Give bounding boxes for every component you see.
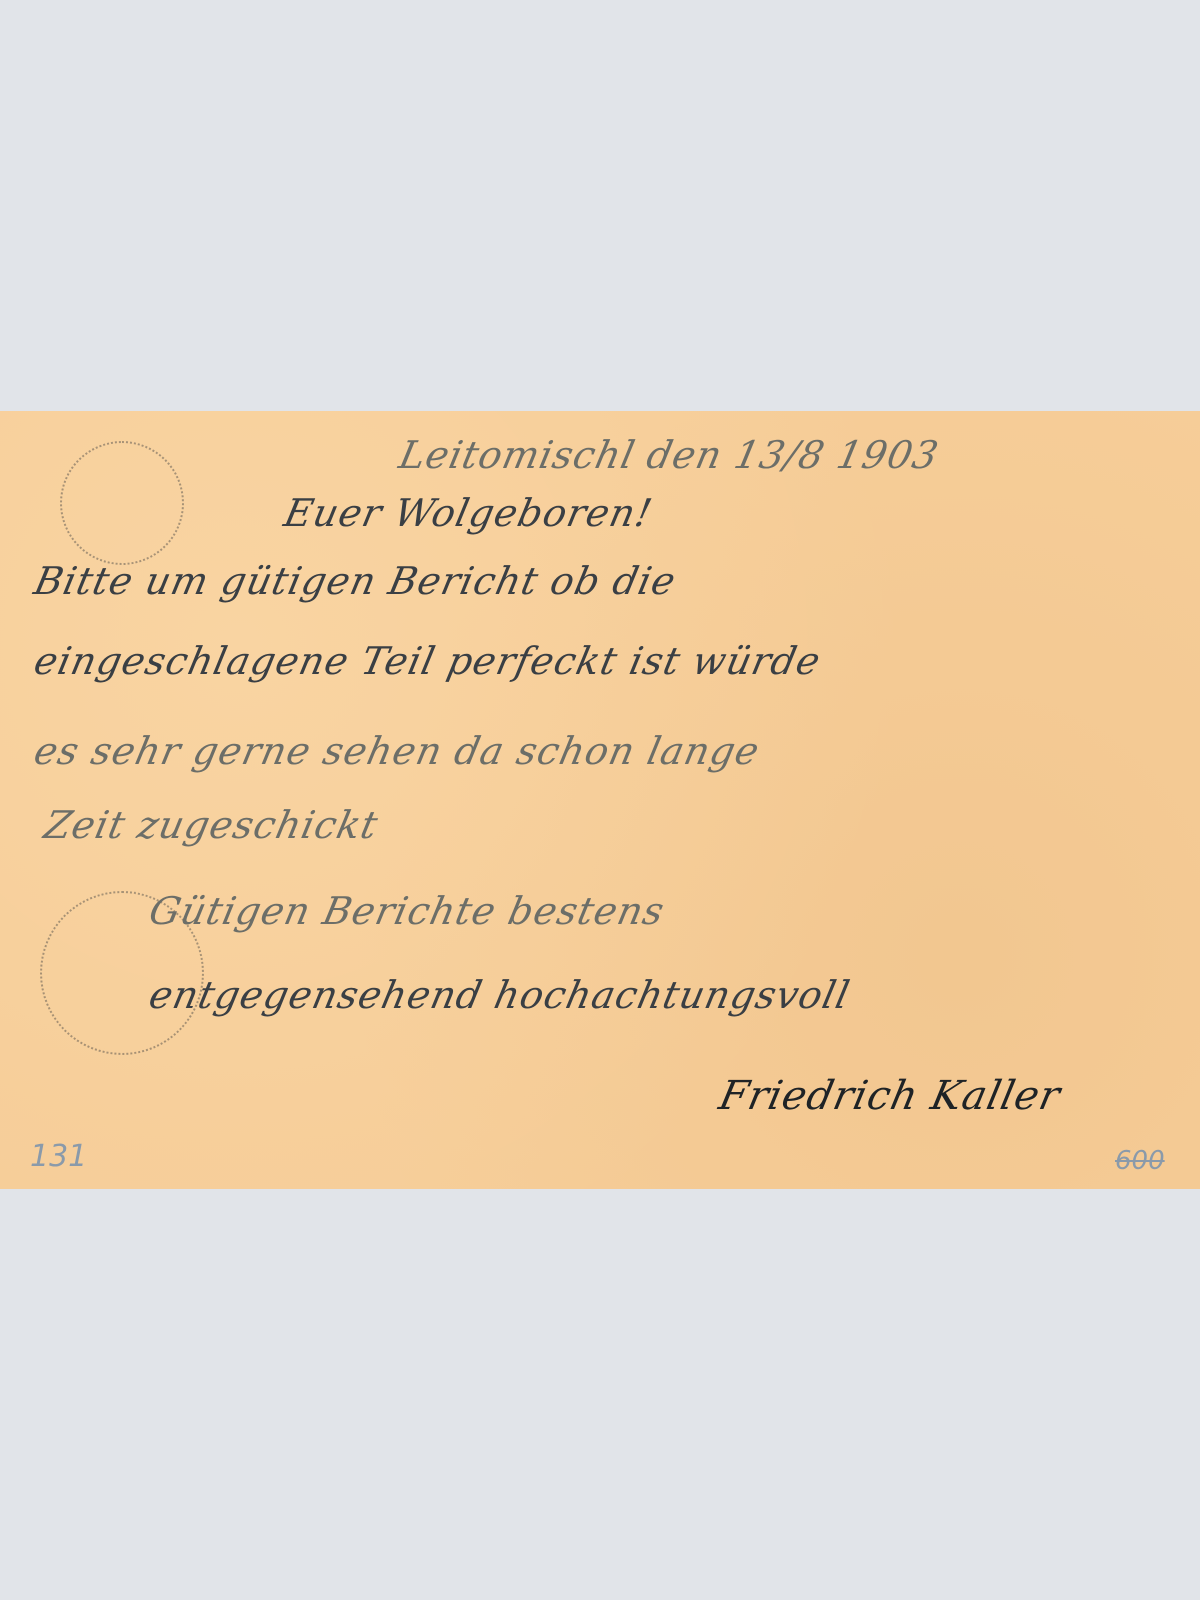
postmark-stamp bbox=[60, 441, 184, 565]
postcard: Leitomischl den 13/8 1903 Euer Wolgebore… bbox=[0, 411, 1200, 1189]
body-line: es sehr gerne sehen da schon lange bbox=[30, 729, 764, 773]
place-date: Leitomischl den 13/8 1903 bbox=[395, 433, 943, 477]
body-line: Bitte um gütigen Bericht ob die bbox=[30, 559, 680, 603]
closing-line: entgegensehend hochachtungsvoll bbox=[145, 973, 854, 1017]
signature: Friedrich Kaller bbox=[715, 1073, 1065, 1119]
archive-number: 131 bbox=[30, 1139, 87, 1174]
body-line: Zeit zugeschickt bbox=[40, 803, 382, 847]
body-line: eingeschlagene Teil perfeckt ist würde bbox=[30, 639, 825, 683]
price-mark: 600 bbox=[1115, 1146, 1165, 1176]
salutation: Euer Wolgeboren! bbox=[280, 491, 656, 535]
closing-line: Gütigen Berichte bestens bbox=[145, 889, 668, 933]
